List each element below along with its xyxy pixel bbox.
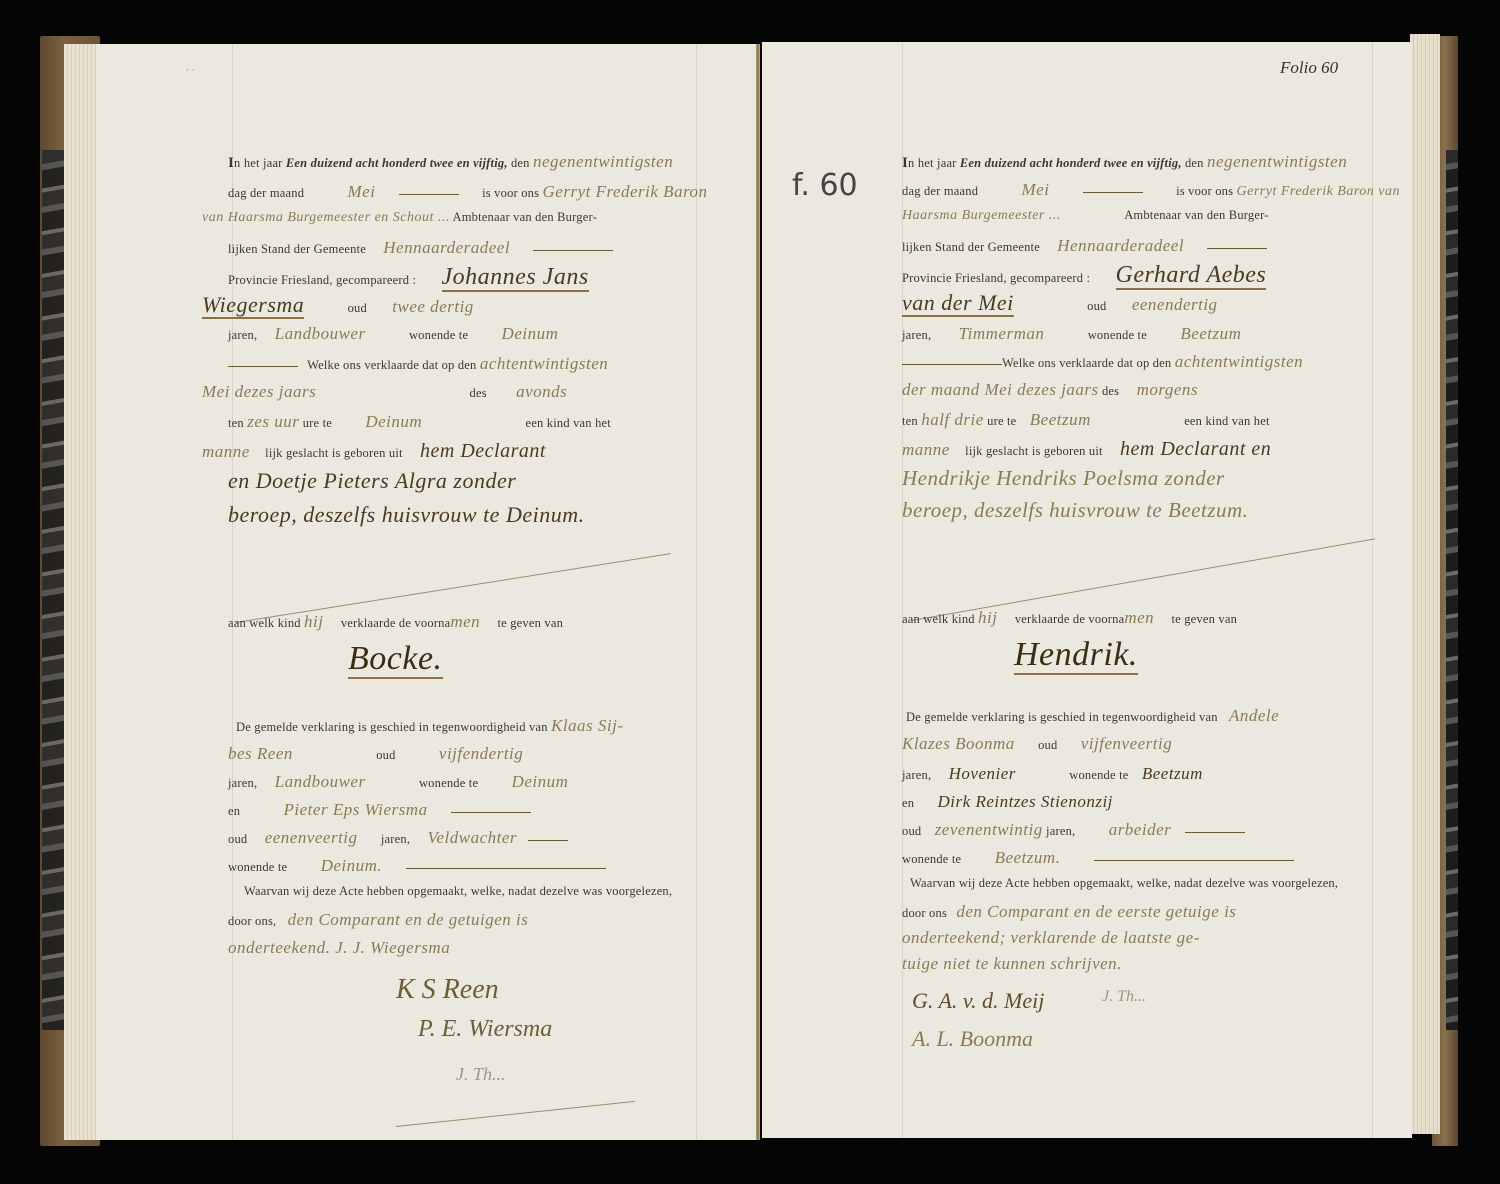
declarant-residence: Beetzum <box>1180 324 1241 343</box>
record-line-10: ten half drie ure te Beetzum een kind va… <box>902 410 1270 430</box>
declarant-residence: Deinum <box>502 324 559 343</box>
record-line-13: beroep, deszelfs huisvrouw te Beetzum. <box>902 498 1248 523</box>
witness1-residence: Deinum <box>512 772 569 791</box>
record-line-5: Provincie Friesland, gecompareerd : Joha… <box>228 264 589 291</box>
official-name: Gerryt Frederik Baron <box>543 182 708 201</box>
record-line-1: In het jaar Een duizend acht honderd twe… <box>902 152 1347 172</box>
witness2-age: zevenentwintig <box>935 820 1043 839</box>
official-title: van Haarsma Burgemeester en Schout ... <box>202 210 450 225</box>
record-line-16: Klazes Boonma oud vijfenveertig <box>902 734 1172 754</box>
child-name-line: Hendrik. <box>1014 636 1138 674</box>
witness1-age: vijfendertig <box>439 744 523 763</box>
record-line-20: wonende te Beetzum. <box>902 848 1294 868</box>
marbled-board-right <box>1446 150 1458 1030</box>
witness1-residence: Beetzum <box>1142 764 1203 783</box>
declarant-occupation: Timmerman <box>959 324 1045 343</box>
page-edges-left <box>64 44 98 1140</box>
record-line-6: Wiegersma oud twee dertig <box>202 292 474 318</box>
corner-mark: · · <box>186 66 195 76</box>
birth-hour: half drie <box>921 410 984 429</box>
record-line-7: jaren, Landbouwer wonende te Deinum <box>228 324 558 344</box>
record-line-12: en Doetje Pieters Algra zonder <box>228 468 516 494</box>
birth-date: achtentwintigsten <box>1175 352 1303 371</box>
mother-name: en Doetje Pieters Algra zonder <box>228 468 516 493</box>
record-line-3: van Haarsma Burgemeester en Schout ... A… <box>202 210 597 226</box>
record-line-23: onderteekend; verklarende de laatste ge- <box>902 928 1200 948</box>
witness1-occupation: Landbouwer <box>275 772 366 791</box>
birth-date: achtentwintigsten <box>480 354 608 373</box>
record-line-19: oud eenenveertig jaren, Veldwachter <box>228 828 568 848</box>
record-line-12: Hendrikje Hendriks Poelsma zonder <box>902 466 1225 491</box>
record-line-20: wonende te Deinum. <box>228 856 606 876</box>
birth-day: negenentwintigsten <box>533 152 673 171</box>
witness2-residence: Beetzum. <box>995 848 1061 867</box>
signature-official: J. Th... <box>1102 988 1146 1006</box>
record-line-4: lijken Stand der Gemeente Hennaarderadee… <box>228 238 613 258</box>
record-line-2: dag der maand Mei is voor ons Gerryt Fre… <box>902 180 1400 200</box>
year-text: Een duizend acht honderd twee en vijftig… <box>286 156 508 170</box>
margin-rule <box>232 44 233 1140</box>
flourish <box>396 1101 635 1127</box>
record-line-9: der maand Mei dezes jaars des morgens <box>902 380 1198 400</box>
record-line-3: Haarsma Burgemeester ... Ambtenaar van d… <box>902 208 1269 224</box>
child-sex: manne <box>202 442 250 461</box>
witness1-age: vijfenveertig <box>1081 734 1172 753</box>
record-line-18: en Dirk Reintzes Stienonzij <box>902 792 1113 812</box>
municipality: Hennaarderadeel <box>383 238 510 257</box>
birth-place: Deinum <box>365 412 422 431</box>
month: Mei <box>348 182 376 201</box>
record-line-1: In het jaar Een duizend acht honderd twe… <box>228 152 673 172</box>
record-line-2: dag der maand Mei is voor ons Gerryt Fre… <box>228 182 708 202</box>
signature-witness1: A. L. Boonma <box>912 1026 1033 1052</box>
witness1-name: Andele <box>1229 706 1279 725</box>
marbled-board-left <box>42 150 66 1030</box>
record-line-23: onderteekend. J. J. Wiegersma <box>228 938 450 958</box>
year-text: Een duizend acht honderd twee en vijftig… <box>960 156 1182 170</box>
witness2-residence: Deinum. <box>321 856 383 875</box>
official-name: Gerryt Frederik Baron van <box>1237 184 1400 199</box>
declarant-occupation: Landbouwer <box>275 324 366 343</box>
record-line-24: tuige niet te kunnen schrijven. <box>902 954 1122 974</box>
signature-witness1: K S Reen <box>396 974 499 1006</box>
record-line-22: door ons den Comparant en de eerste getu… <box>902 902 1236 922</box>
declarant-surname: Wiegersma <box>202 292 304 319</box>
record-line-14: aan welk kind hij verklaarde de voorname… <box>228 612 563 632</box>
signature-official: J. Th... <box>456 1064 506 1085</box>
witness1-occupation: Hovenier <box>949 764 1016 783</box>
margin-rule <box>1372 42 1373 1138</box>
declarant-name: Johannes Jans <box>442 264 589 292</box>
record-line-9: Mei dezes jaars des avonds <box>202 382 567 402</box>
municipality: Hennaarderadeel <box>1057 236 1184 255</box>
record-line-19: oud zevenentwintig jaren, arbeider <box>902 820 1245 840</box>
book-gutter <box>756 44 760 1140</box>
record-line-8: Welke ons verklaarde dat op den achtentw… <box>902 352 1303 372</box>
archive-folio-annotation: f. 60 <box>792 168 858 203</box>
declarant-surname: van der Mei <box>902 290 1014 317</box>
record-line-17: jaren, Landbouwer wonende te Deinum <box>228 772 568 792</box>
mother-name: Hendrikje Hendriks Poelsma zonder <box>902 466 1225 490</box>
right-page: Folio 60 f. 60 In het jaar Een duizend a… <box>762 42 1412 1138</box>
record-line-4: lijken Stand der Gemeente Hennaarderadee… <box>902 236 1267 256</box>
record-line-14: aan welk kind hij verklaarde de voorname… <box>902 608 1237 628</box>
month: Mei <box>1022 180 1050 199</box>
declarant-age: twee dertig <box>392 297 474 316</box>
record-line-6: van der Mei oud eenendertig <box>902 290 1218 316</box>
witness2-name: Pieter Eps Wiersma <box>284 800 428 819</box>
record-line-18: en Pieter Eps Wiersma <box>228 800 531 820</box>
record-line-17: jaren, Hovenier wonende te Beetzum <box>902 764 1203 784</box>
record-line-21: Waarvan wij deze Acte hebben opgemaakt, … <box>244 884 672 899</box>
child-name-line: Bocke. <box>348 640 443 678</box>
signature-declarant: G. A. v. d. Meij <box>912 988 1044 1014</box>
time-of-day: avonds <box>516 382 567 401</box>
record-line-5: Provincie Friesland, gecompareerd : Gerh… <box>902 262 1266 289</box>
witness1-name: Klaas Sij- <box>551 716 624 735</box>
declarant-name: Gerhard Aebes <box>1116 262 1267 290</box>
record-line-15: De gemelde verklaring is geschied in teg… <box>906 706 1279 726</box>
birth-day: negenentwintigsten <box>1207 152 1347 171</box>
page-edges-right <box>1410 34 1440 1134</box>
record-line-10: ten zes uur ure te Deinum een kind van h… <box>228 412 611 432</box>
left-page: · · In het jaar Een duizend acht honderd… <box>96 44 758 1140</box>
birth-place: Beetzum <box>1030 410 1091 429</box>
folio-number: Folio 60 <box>1280 58 1338 78</box>
record-line-11: manne lijk geslacht is geboren uit hem D… <box>202 440 546 463</box>
record-line-21: Waarvan wij deze Acte hebben opgemaakt, … <box>910 876 1338 891</box>
record-line-11: manne lijk geslacht is geboren uit hem D… <box>902 438 1271 461</box>
witness2-occupation: arbeider <box>1109 820 1172 839</box>
witness2-occupation: Veldwachter <box>428 828 518 847</box>
signature-witness2: P. E. Wiersma <box>418 1016 552 1043</box>
child-name: Bocke. <box>348 640 443 679</box>
official-title: Haarsma Burgemeester ... <box>902 208 1061 223</box>
record-line-22: door ons, den Comparant en de getuigen i… <box>228 910 528 930</box>
record-line-16: bes Reen oud vijfendertig <box>228 744 523 764</box>
child-sex: manne <box>902 440 950 459</box>
time-of-day: morgens <box>1137 380 1198 399</box>
record-line-8: Welke ons verklaarde dat op den achtentw… <box>228 354 608 374</box>
record-line-15: De gemelde verklaring is geschied in teg… <box>236 716 624 736</box>
declarant-age: eenendertig <box>1132 295 1218 314</box>
birth-hour: zes uur <box>247 412 299 431</box>
witness2-name: Dirk Reintzes Stienonzij <box>938 792 1113 811</box>
record-line-13: beroep, deszelfs huisvrouw te Deinum. <box>228 502 585 528</box>
margin-rule <box>696 44 697 1140</box>
witness2-age: eenenveertig <box>265 828 358 847</box>
child-name: Hendrik. <box>1014 636 1138 675</box>
record-line-7: jaren, Timmerman wonende te Beetzum <box>902 324 1241 344</box>
